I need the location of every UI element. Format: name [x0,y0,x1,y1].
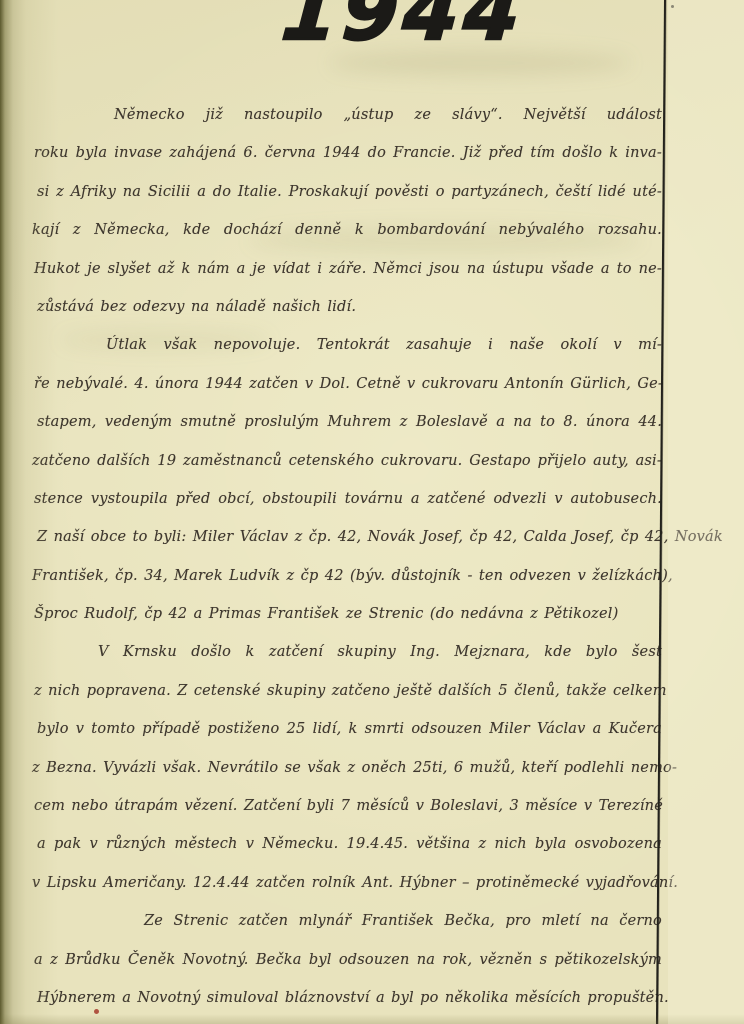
text-line: Z naší obce to byli: Miler Václav z čp. … [37,518,662,556]
text-line: roku byla invase zahájená 6. června 1944… [34,134,662,172]
scanned-chronicle-page: { "page": { "year_heading": "1944", "col… [0,0,744,1024]
text-line: Útlak však nepovoluje. Tentokrát zasahuj… [32,326,662,364]
text-line: kají z Německa, kde dochází denně k bomb… [32,211,662,249]
text-line: z Bezna. Vyvázli však. Nevrátilo se však… [32,749,662,787]
right-margin-area [668,0,744,1024]
text-line: V Krnsku došlo k zatčení skupiny Ing. Me… [32,633,662,671]
page-bottom-edge-shadow [0,1014,744,1024]
paragraph-2: Útlak však nepovoluje. Tentokrát zasahuj… [32,326,662,633]
text-line: stence vystoupila před obcí, obstoupili … [34,480,662,518]
text-line: bylo v tomto případě postiženo 25 lidí, … [37,710,662,748]
text-line: zatčeno dalších 19 zaměstnanců cetenskéh… [32,442,662,480]
text-line: stapem, vedeným smutně proslulým Muhrem … [37,403,662,441]
text-line: z nich popravena. Z cetenské skupiny zat… [34,672,662,710]
text-line: Šproc Rudolf, čp 42 a Primas František z… [34,595,662,633]
paragraph-1: Německo již nastoupilo „ústup ze slávy“.… [32,96,662,326]
paragraph-4: Ze Strenic zatčen mlynář František Bečka… [32,902,662,1017]
text-line: Ze Strenic zatčen mlynář František Bečka… [32,902,662,940]
text-line: Německo již nastoupilo „ústup ze slávy“.… [32,96,662,134]
text-line: Hýbnerem a Novotný simuloval bláznovství… [37,979,662,1017]
text-line: a z Brůdku Čeněk Novotný. Bečka byl odso… [34,941,662,979]
text-line: a pak v různých městech v Německu. 19.4.… [37,825,662,863]
text-line: Hukot je slyšet až k nám a je vídat i zá… [34,250,662,288]
year-heading: 1944 [279,0,527,52]
paragraph-3: V Krnsku došlo k zatčení skupiny Ing. Me… [32,633,662,902]
text-line: zůstává bez odezvy na náladě našich lidí… [37,288,662,326]
text-line: František, čp. 34, Marek Ludvík z čp 42 … [32,557,662,595]
text-line: v Lipsku Američany. 12.4.44 zatčen rolní… [32,864,662,902]
page-left-edge-shadow [0,0,60,1024]
text-line: ře nebývalé. 4. února 1944 zatčen v Dol.… [34,365,662,403]
text-line: cem nebo útrapám vězení. Zatčení byli 7 … [34,787,662,825]
handwritten-text-block: Německo již nastoupilo „ústup ze slávy“.… [32,96,662,1017]
text-line: si z Afriky na Sicilii a do Italie. Pros… [37,173,662,211]
